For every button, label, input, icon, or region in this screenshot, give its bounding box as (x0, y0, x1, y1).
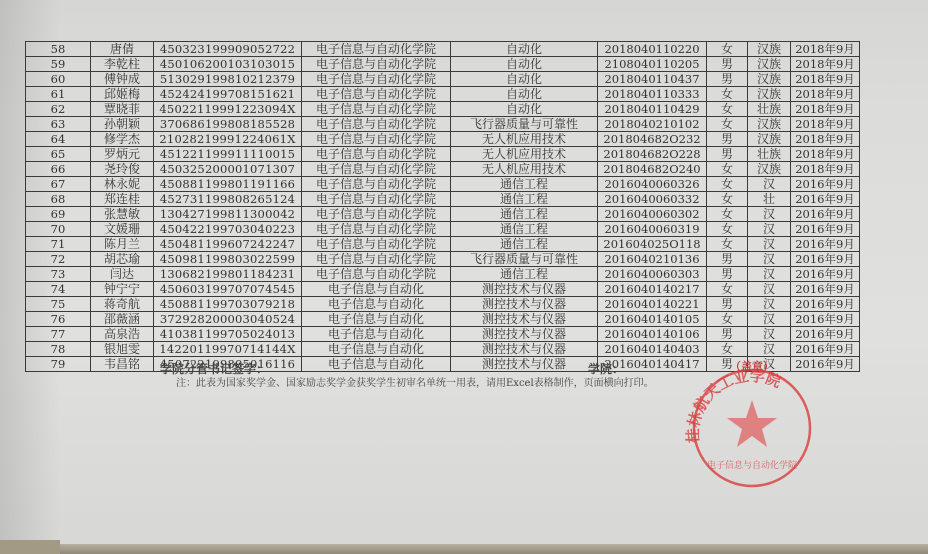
official-seal-icon: 桂林航天工业学院 电子信息与自动化学院 （盖章） (670, 360, 816, 496)
student-id-cell: 2016040140403 (598, 342, 707, 357)
id-number-cell: 45022119991223094X (154, 102, 302, 117)
student-name-cell: 闫达 (91, 267, 154, 282)
major-cell: 自动化 (451, 87, 598, 102)
id-number-cell: 450481199607242247 (154, 237, 302, 252)
gender-cell: 男 (707, 252, 748, 267)
major-cell: 通信工程 (451, 177, 598, 192)
college-cell: 电子信息与自动化学院 (302, 177, 451, 192)
ethnicity-cell: 汉族 (748, 72, 791, 87)
desk-edge (0, 544, 928, 554)
row-number-cell: 62 (26, 102, 91, 117)
enrollment-date-cell: 2018年9月 (791, 87, 860, 102)
college-cell: 电子信息与自动化 (302, 297, 451, 312)
student-name-cell: 蒋奇航 (91, 297, 154, 312)
student-id-cell: 201604025O118 (598, 237, 707, 252)
id-number-cell: 370686199808185528 (154, 117, 302, 132)
id-number-cell: 410381199705024013 (154, 327, 302, 342)
row-number-cell: 59 (26, 57, 91, 72)
id-number-cell: 452731199808265124 (154, 192, 302, 207)
student-name-cell: 张慧敏 (91, 207, 154, 222)
id-number-cell: 450325200001071307 (154, 162, 302, 177)
college-cell: 电子信息与自动化学院 (302, 162, 451, 177)
major-cell: 飞行器质量与可靠性 (451, 117, 598, 132)
college-cell: 电子信息与自动化学院 (302, 117, 451, 132)
gender-cell: 男 (707, 267, 748, 282)
college-cell: 电子信息与自动化学院 (302, 87, 451, 102)
id-number-cell: 452424199708151621 (154, 87, 302, 102)
row-number-cell: 63 (26, 117, 91, 132)
college-cell: 电子信息与自动化 (302, 282, 451, 297)
seal-label: （盖章） (730, 360, 774, 373)
student-name-cell: 傅钟成 (91, 72, 154, 87)
gender-cell: 女 (707, 117, 748, 132)
enrollment-date-cell: 2016年9月 (791, 177, 860, 192)
major-cell: 测控技术与仪器 (451, 357, 598, 372)
gender-cell: 女 (707, 222, 748, 237)
student-name-cell: 钟宁宁 (91, 282, 154, 297)
major-cell: 无人机应用技术 (451, 147, 598, 162)
student-name-cell: 罗炳元 (91, 147, 154, 162)
enrollment-date-cell: 2018年9月 (791, 42, 860, 57)
table-row: 60傅钟成513029199810212379电子信息与自动化学院自动化2018… (26, 72, 860, 87)
row-number-cell: 60 (26, 72, 91, 87)
student-name-cell: 李乾柱 (91, 57, 154, 72)
ethnicity-cell: 汉族 (748, 87, 791, 102)
table-row: 64修学杰21028219991224061X电子信息与自动化学院无人机应用技术… (26, 132, 860, 147)
row-number-cell: 79 (26, 357, 91, 372)
row-number-cell: 74 (26, 282, 91, 297)
enrollment-date-cell: 2016年9月 (791, 282, 860, 297)
student-id-cell: 2016040060332 (598, 192, 707, 207)
table-row: 73闫达130682199801184231电子信息与自动化学院通信工程2016… (26, 267, 860, 282)
enrollment-date-cell: 2016年9月 (791, 237, 860, 252)
row-number-cell: 78 (26, 342, 91, 357)
student-id-cell: 2018040110220 (598, 42, 707, 57)
ethnicity-cell: 汉 (748, 342, 791, 357)
row-number-cell: 66 (26, 162, 91, 177)
table-row: 76邵薇涵372928200003040524电子信息与自动化测控技术与仪器20… (26, 312, 860, 327)
ethnicity-cell: 汉 (748, 267, 791, 282)
ethnicity-cell: 汉 (748, 282, 791, 297)
enrollment-date-cell: 2016年9月 (791, 327, 860, 342)
gender-cell: 男 (707, 147, 748, 162)
enrollment-date-cell: 2016年9月 (791, 312, 860, 327)
row-number-cell: 73 (26, 267, 91, 282)
gender-cell: 女 (707, 42, 748, 57)
enrollment-date-cell: 2016年9月 (791, 342, 860, 357)
major-cell: 通信工程 (451, 192, 598, 207)
ethnicity-cell: 壮 (748, 192, 791, 207)
gender-cell: 女 (707, 102, 748, 117)
gender-cell: 男 (707, 72, 748, 87)
table-row: 71陈月兰450481199607242247电子信息与自动化学院通信工程201… (26, 237, 860, 252)
gender-cell: 女 (707, 282, 748, 297)
table-row: 77高泉浩410381199705024013电子信息与自动化测控技术与仪器20… (26, 327, 860, 342)
enrollment-date-cell: 2018年9月 (791, 57, 860, 72)
table-row: 63孙朝颖370686199808185528电子信息与自动化学院飞行器质量与可… (26, 117, 860, 132)
enrollment-date-cell: 2018年9月 (791, 117, 860, 132)
ethnicity-cell: 汉 (748, 207, 791, 222)
table-row: 66尧玲俊450325200001071307电子信息与自动化学院无人机应用技术… (26, 162, 860, 177)
id-number-cell: 450981199803022599 (154, 252, 302, 267)
roster-body: 58唐倩450323199909052722电子信息与自动化学院自动化20180… (26, 42, 860, 372)
row-number-cell: 77 (26, 327, 91, 342)
student-roster-table: 58唐倩450323199909052722电子信息与自动化学院自动化20180… (25, 41, 860, 372)
table-row: 58唐倩450323199909052722电子信息与自动化学院自动化20180… (26, 42, 860, 57)
id-number-cell: 450323199909052722 (154, 42, 302, 57)
student-name-cell: 文媛珊 (91, 222, 154, 237)
row-number-cell: 68 (26, 192, 91, 207)
enrollment-date-cell: 2016年9月 (791, 192, 860, 207)
id-number-cell: 372928200003040524 (154, 312, 302, 327)
student-id-cell: 2108040110205 (598, 57, 707, 72)
major-cell: 自动化 (451, 57, 598, 72)
table-row: 72胡芯瑜450981199803022599电子信息与自动化学院飞行器质量与可… (26, 252, 860, 267)
student-id-cell: 2018040110429 (598, 102, 707, 117)
enrollment-date-cell: 2016年9月 (791, 252, 860, 267)
student-id-cell: 2018040110437 (598, 72, 707, 87)
gender-cell: 女 (707, 192, 748, 207)
row-number-cell: 76 (26, 312, 91, 327)
student-name-cell: 胡芯瑜 (91, 252, 154, 267)
student-id-cell: 2016040060326 (598, 177, 707, 192)
row-number-cell: 69 (26, 207, 91, 222)
major-cell: 通信工程 (451, 222, 598, 237)
table-row: 61邱姬梅452424199708151621电子信息与自动化学院自动化2018… (26, 87, 860, 102)
ethnicity-cell: 汉 (748, 237, 791, 252)
college-cell: 电子信息与自动化学院 (302, 267, 451, 282)
major-cell: 测控技术与仪器 (451, 282, 598, 297)
college-cell: 电子信息与自动化学院 (302, 72, 451, 87)
id-number-cell: 450881199703079218 (154, 297, 302, 312)
ethnicity-cell: 汉族 (748, 57, 791, 72)
table-row: 67林永妮450881199801191166电子信息与自动化学院通信工程201… (26, 177, 860, 192)
ethnicity-cell: 汉族 (748, 117, 791, 132)
gender-cell: 男 (707, 132, 748, 147)
gender-cell: 女 (707, 87, 748, 102)
major-cell: 测控技术与仪器 (451, 297, 598, 312)
id-number-cell: 14220119970714144X (154, 342, 302, 357)
ethnicity-cell: 壮族 (748, 147, 791, 162)
student-id-cell: 201804682O228 (598, 147, 707, 162)
gender-cell: 女 (707, 162, 748, 177)
ethnicity-cell: 汉 (748, 252, 791, 267)
student-id-cell: 201804682O240 (598, 162, 707, 177)
gender-cell: 女 (707, 237, 748, 252)
college-cell: 电子信息与自动化学院 (302, 252, 451, 267)
id-number-cell: 451221199911110015 (154, 147, 302, 162)
major-cell: 飞行器质量与可靠性 (451, 252, 598, 267)
major-cell: 通信工程 (451, 267, 598, 282)
student-name-cell: 邵薇涵 (91, 312, 154, 327)
college-cell: 电子信息与自动化学院 (302, 147, 451, 162)
gender-cell: 男 (707, 327, 748, 342)
row-number-cell: 65 (26, 147, 91, 162)
enrollment-date-cell: 2018年9月 (791, 132, 860, 147)
major-cell: 自动化 (451, 72, 598, 87)
id-number-cell: 450881199801191166 (154, 177, 302, 192)
student-id-cell: 2016040060303 (598, 267, 707, 282)
student-id-cell: 2016040140105 (598, 312, 707, 327)
college-cell: 电子信息与自动化学院 (302, 132, 451, 147)
student-name-cell: 唐倩 (91, 42, 154, 57)
student-id-cell: 2016040060302 (598, 207, 707, 222)
id-number-cell: 450422199703040223 (154, 222, 302, 237)
student-name-cell: 覃晓菲 (91, 102, 154, 117)
gender-cell: 女 (707, 177, 748, 192)
ethnicity-cell: 汉族 (748, 132, 791, 147)
seal-inner-text: 电子信息与自动化学院 (707, 459, 797, 471)
student-id-cell: 201804682O232 (598, 132, 707, 147)
college-cell: 电子信息与自动化学院 (302, 222, 451, 237)
id-number-cell: 513029199810212379 (154, 72, 302, 87)
college-cell: 电子信息与自动化 (302, 357, 451, 372)
major-cell: 自动化 (451, 102, 598, 117)
ethnicity-cell: 汉 (748, 312, 791, 327)
enrollment-date-cell: 2018年9月 (791, 147, 860, 162)
gender-cell: 女 (707, 342, 748, 357)
major-cell: 无人机应用技术 (451, 132, 598, 147)
student-id-cell: 2016040060319 (598, 222, 707, 237)
student-id-cell: 2016040140106 (598, 327, 707, 342)
table-row: 62覃晓菲45022119991223094X电子信息与自动化学院自动化2018… (26, 102, 860, 117)
row-number-cell: 61 (26, 87, 91, 102)
college-cell: 电子信息与自动化 (302, 342, 451, 357)
ethnicity-cell: 汉 (748, 177, 791, 192)
student-id-cell: 2016040140217 (598, 282, 707, 297)
ethnicity-cell: 汉族 (748, 162, 791, 177)
student-name-cell: 陈月兰 (91, 237, 154, 252)
footnote: 注：此表为国家奖学金、国家励志奖学金获奖学生初审名单统一用表，请用Excel表格… (176, 374, 654, 389)
id-number-cell: 130682199801184231 (154, 267, 302, 282)
student-name-cell: 孙朝颖 (91, 117, 154, 132)
college-cell: 电子信息与自动化 (302, 327, 451, 342)
table-row: 78银旭雯14220119970714144X电子信息与自动化测控技术与仪器20… (26, 342, 860, 357)
enrollment-date-cell: 2018年9月 (791, 72, 860, 87)
student-name-cell: 韦昌铭 (91, 357, 154, 372)
enrollment-date-cell: 2018年9月 (791, 102, 860, 117)
table-row: 59李乾柱450106200103103015电子信息与自动化学院自动化2108… (26, 57, 860, 72)
row-number-cell: 67 (26, 177, 91, 192)
table-row: 74钟宁宁450603199707074545电子信息与自动化测控技术与仪器20… (26, 282, 860, 297)
ethnicity-cell: 壮族 (748, 102, 791, 117)
seal-outer-text: 桂林航天工业学院 (684, 367, 784, 444)
major-cell: 测控技术与仪器 (451, 312, 598, 327)
id-number-cell: 130427199811300042 (154, 207, 302, 222)
student-name-cell: 高泉浩 (91, 327, 154, 342)
student-id-cell: 2016040140221 (598, 297, 707, 312)
enrollment-date-cell: 2016年9月 (791, 222, 860, 237)
row-number-cell: 71 (26, 237, 91, 252)
ethnicity-cell: 汉 (748, 222, 791, 237)
table-row: 69张慧敏130427199811300042电子信息与自动化学院通信工程201… (26, 207, 860, 222)
student-name-cell: 郑连桂 (91, 192, 154, 207)
table-row: 75蒋奇航450881199703079218电子信息与自动化测控技术与仪器20… (26, 297, 860, 312)
student-name-cell: 邱姬梅 (91, 87, 154, 102)
major-cell: 无人机应用技术 (451, 162, 598, 177)
gender-cell: 女 (707, 207, 748, 222)
student-id-cell: 2018040210102 (598, 117, 707, 132)
gender-cell: 女 (707, 312, 748, 327)
id-number-cell: 450106200103103015 (154, 57, 302, 72)
enrollment-date-cell: 2016年9月 (791, 297, 860, 312)
enrollment-date-cell: 2016年9月 (791, 207, 860, 222)
svg-text:桂林航天工业学院: 桂林航天工业学院 (684, 367, 784, 444)
student-name-cell: 尧玲俊 (91, 162, 154, 177)
row-number-cell: 70 (26, 222, 91, 237)
row-number-cell: 58 (26, 42, 91, 57)
table-row: 70文媛珊450422199703040223电子信息与自动化学院通信工程201… (26, 222, 860, 237)
student-name-cell: 修学杰 (91, 132, 154, 147)
student-name-cell: 银旭雯 (91, 342, 154, 357)
college-cell: 电子信息与自动化学院 (302, 237, 451, 252)
id-number-cell: 450603199707074545 (154, 282, 302, 297)
major-cell: 通信工程 (451, 237, 598, 252)
college-cell: 电子信息与自动化学院 (302, 42, 451, 57)
ethnicity-cell: 汉 (748, 327, 791, 342)
major-cell: 测控技术与仪器 (451, 342, 598, 357)
ethnicity-cell: 汉 (748, 297, 791, 312)
major-cell: 通信工程 (451, 207, 598, 222)
college-cell: 电子信息与自动化学院 (302, 192, 451, 207)
ethnicity-cell: 汉族 (748, 42, 791, 57)
gender-cell: 男 (707, 297, 748, 312)
row-number-cell: 64 (26, 132, 91, 147)
gender-cell: 男 (707, 57, 748, 72)
row-number-cell: 72 (26, 252, 91, 267)
table-row: 68郑连桂452731199808265124电子信息与自动化学院通信工程201… (26, 192, 860, 207)
college-cell: 电子信息与自动化学院 (302, 102, 451, 117)
enrollment-date-cell: 2016年9月 (791, 267, 860, 282)
major-cell: 测控技术与仪器 (451, 327, 598, 342)
student-id-cell: 2016040210136 (598, 252, 707, 267)
student-name-cell: 林永妮 (91, 177, 154, 192)
college-cell: 电子信息与自动化 (302, 312, 451, 327)
id-number-cell: 21028219991224061X (154, 132, 302, 147)
major-cell: 自动化 (451, 42, 598, 57)
student-id-cell: 2018040110333 (598, 87, 707, 102)
college-cell: 电子信息与自动化学院 (302, 57, 451, 72)
college-cell: 电子信息与自动化学院 (302, 207, 451, 222)
table-row: 65罗炳元451221199911110015电子信息与自动化学院无人机应用技术… (26, 147, 860, 162)
row-number-cell: 75 (26, 297, 91, 312)
enrollment-date-cell: 2018年9月 (791, 162, 860, 177)
